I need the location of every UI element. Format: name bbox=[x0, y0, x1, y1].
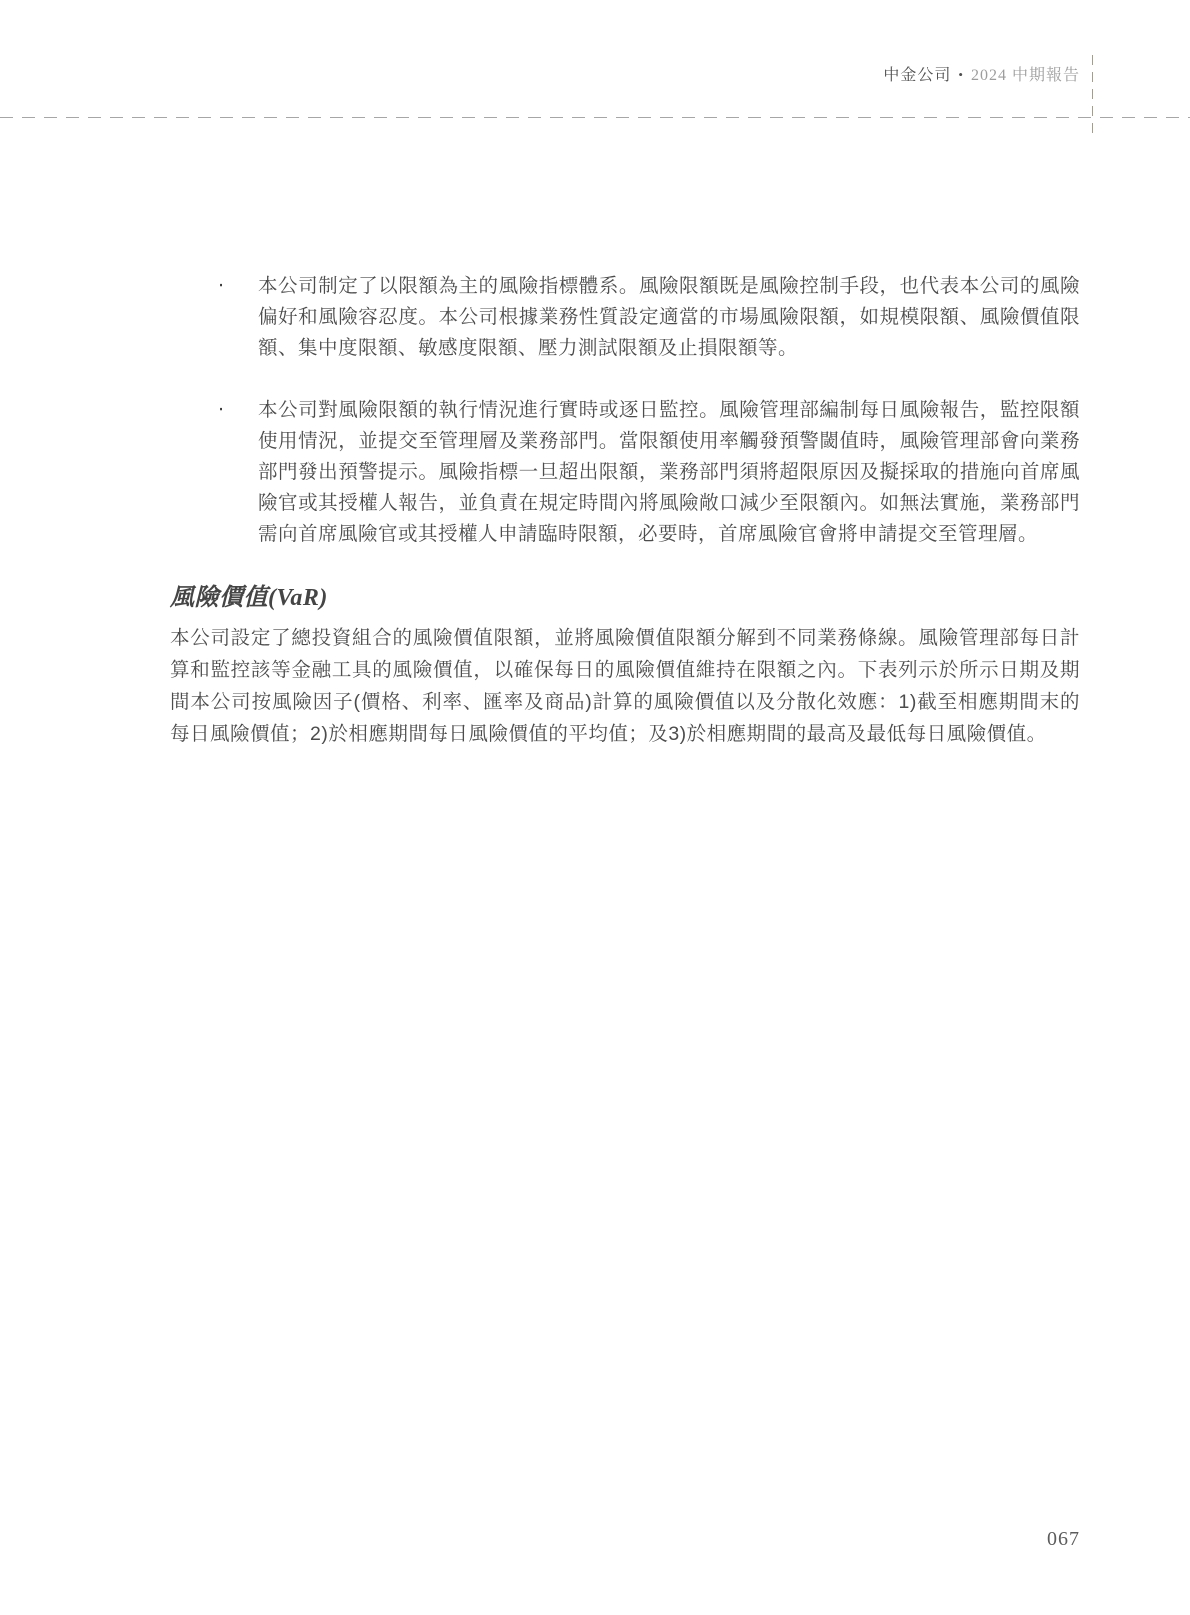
company-name: 中金公司 bbox=[883, 67, 951, 84]
bullet-item-limit-monitoring: ‧ 本公司對風險限額的執行情況進行實時或逐日監控。風險管理部編制每日風險報告，監… bbox=[170, 395, 1080, 550]
header-divider-horizontal bbox=[0, 117, 1190, 118]
bullet-text: 本公司制定了以限額為主的風險指標體系。風險限額既是風險控制手段，也代表本公司的風… bbox=[258, 271, 1080, 364]
separator-dot: • bbox=[958, 67, 964, 82]
report-title: 2024 中期報告 bbox=[971, 67, 1080, 84]
document-page: 中金公司•2024 中期報告 ‧ 本公司制定了以限額為主的風險指標體系。風險限額… bbox=[0, 0, 1190, 1615]
bullet-marker: ‧ bbox=[170, 271, 258, 364]
bullet-item-risk-limit-system: ‧ 本公司制定了以限額為主的風險指標體系。風險限額既是風險控制手段，也代表本公司… bbox=[170, 271, 1080, 364]
bullet-list: ‧ 本公司制定了以限額為主的風險指標體系。風險限額既是風險控制手段，也代表本公司… bbox=[170, 271, 1080, 581]
header-divider-vertical bbox=[1092, 55, 1093, 139]
bullet-marker: ‧ bbox=[170, 395, 258, 550]
bullet-text: 本公司對風險限額的執行情況進行實時或逐日監控。風險管理部編制每日風險報告，監控限… bbox=[258, 395, 1080, 550]
page-header: 中金公司•2024 中期報告 bbox=[883, 62, 1080, 85]
section-heading-var: 風險價值(VaR) bbox=[170, 577, 328, 612]
var-paragraph: 本公司設定了總投資組合的風險價值限額，並將風險價值限額分解到不同業務條線。風險管… bbox=[170, 622, 1080, 750]
page-number: 067 bbox=[1014, 1528, 1080, 1551]
